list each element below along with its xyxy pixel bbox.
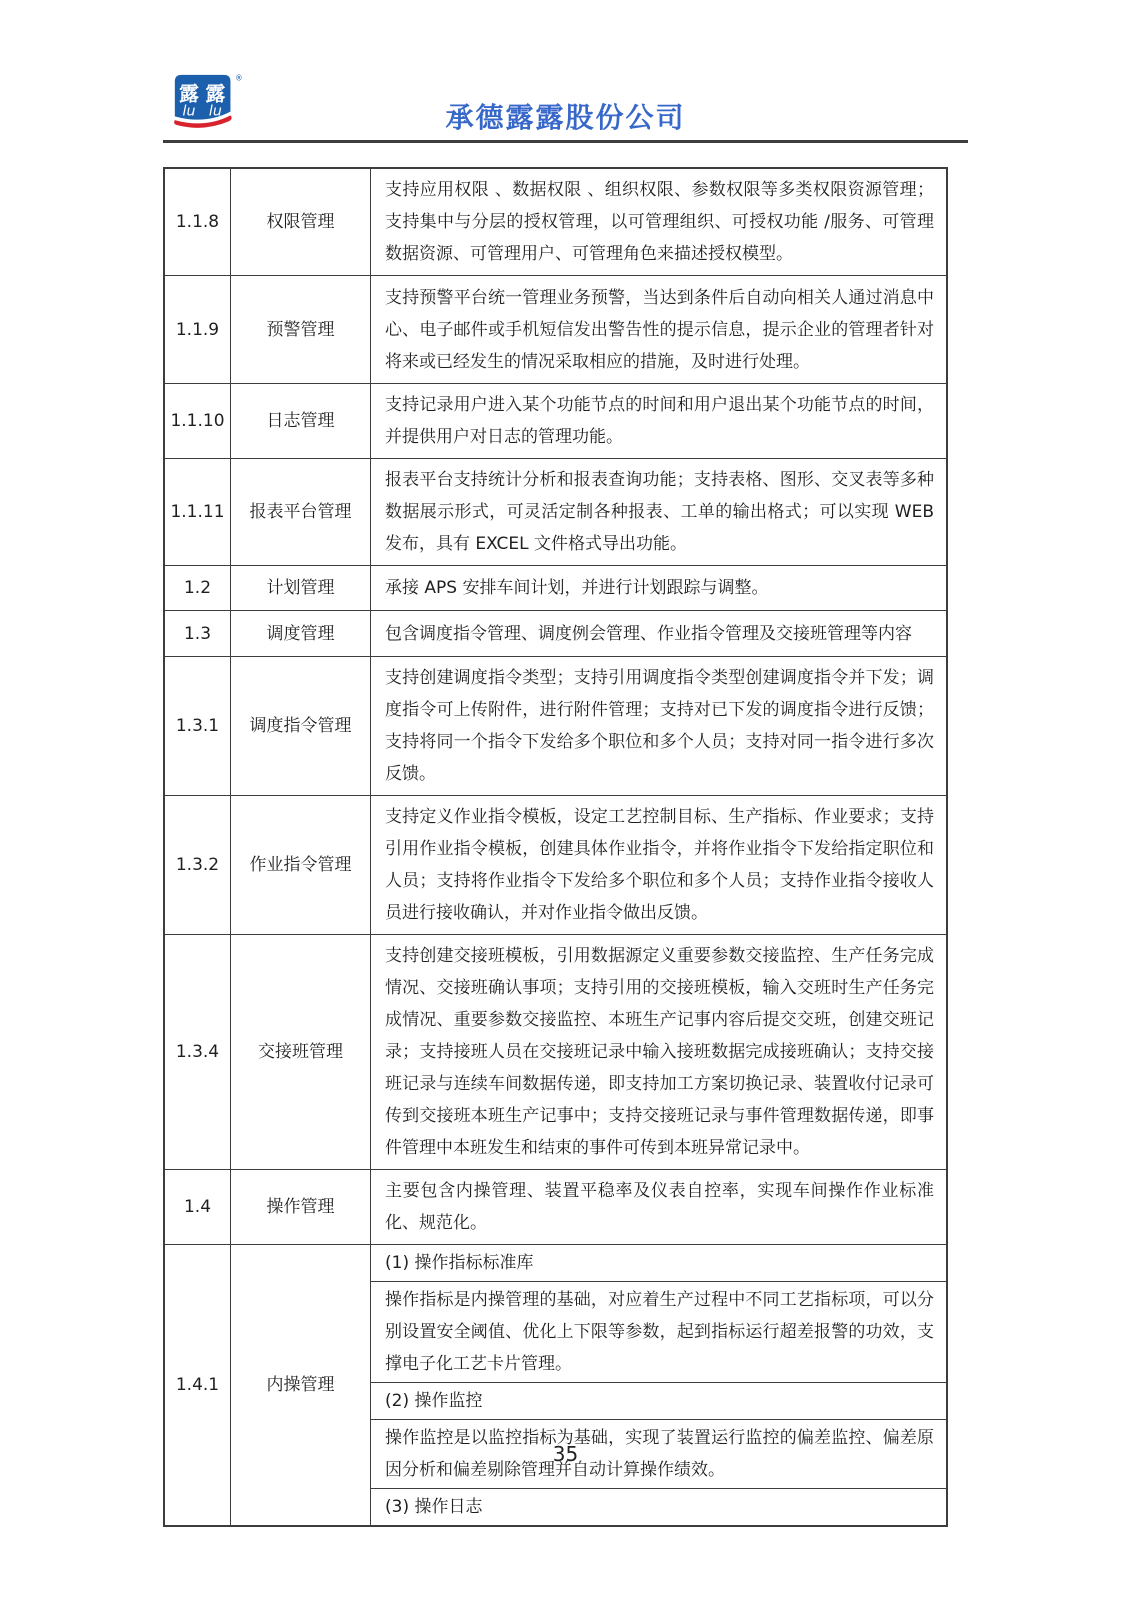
row-id-cell: 1.3 — [165, 611, 230, 656]
description-subrow: 操作指标是内操管理的基础，对应着生产过程中不同工艺指标项，可以分别设置安全阈值、… — [371, 1281, 946, 1382]
row-name-cell: 权限管理 — [230, 169, 370, 275]
row-description-cell: 支持预警平台统一管理业务预警，当达到条件后自动向相关人通过消息中心、电子邮件或手… — [370, 276, 946, 383]
row-description-cell: 支持记录用户进入某个功能节点的时间和用户退出某个功能节点的时间，并提供用户对日志… — [370, 384, 946, 458]
row-id-cell: 1.2 — [165, 566, 230, 610]
row-id-cell: 1.1.10 — [165, 384, 230, 458]
row-name-cell: 内操管理 — [230, 1245, 370, 1525]
table-row: 1.2计划管理承接 APS 安排车间计划，并进行计划跟踪与调整。 — [165, 565, 946, 610]
row-id-cell: 1.3.1 — [165, 657, 230, 795]
row-name-cell: 调度管理 — [230, 611, 370, 656]
table-row: 1.4.1内操管理(1) 操作指标标准库操作指标是内操管理的基础，对应着生产过程… — [165, 1244, 946, 1525]
svg-text:®: ® — [235, 73, 243, 82]
row-id-cell: 1.1.9 — [165, 276, 230, 383]
table-row: 1.3.1调度指令管理支持创建调度指令类型；支持引用调度指令类型创建调度指令并下… — [165, 656, 946, 795]
table-row: 1.1.10日志管理支持记录用户进入某个功能节点的时间和用户退出某个功能节点的时… — [165, 383, 946, 458]
row-description-cell: 支持创建交接班模板，引用数据源定义重要参数交接监控、生产任务完成情况、交接班确认… — [370, 935, 946, 1169]
description-subrow: (3) 操作日志 — [371, 1488, 946, 1525]
table-row: 1.1.11报表平台管理报表平台支持统计分析和报表查询功能；支持表格、图形、交叉… — [165, 458, 946, 565]
row-description-cell: 报表平台支持统计分析和报表查询功能；支持表格、图形、交叉表等多种数据展示形式，可… — [370, 459, 946, 565]
row-id-cell: 1.1.11 — [165, 459, 230, 565]
company-name-title: 承德露露股份公司 — [163, 96, 968, 136]
table-row: 1.3.4交接班管理支持创建交接班模板，引用数据源定义重要参数交接监控、生产任务… — [165, 934, 946, 1169]
header-divider-rule — [163, 140, 968, 143]
row-description-cell: 包含调度指令管理、调度例会管理、作业指令管理及交接班管理等内容 — [370, 611, 946, 656]
row-name-cell: 作业指令管理 — [230, 796, 370, 934]
row-description-cell: 承接 APS 安排车间计划，并进行计划跟踪与调整。 — [370, 566, 946, 610]
row-description-cell: 主要包含内操管理、装置平稳率及仪表自控率，实现车间操作作业标准化、规范化。 — [370, 1170, 946, 1244]
document-page: 露 露 lu lu ® 承德露露股份公司 1.1.8权限管理支持应用权限 、数据… — [0, 0, 1131, 1600]
requirements-table: 1.1.8权限管理支持应用权限 、数据权限 、组织权限、参数权限等多类权限资源管… — [163, 167, 948, 1527]
table-row: 1.3.2作业指令管理支持定义作业指令模板，设定工艺控制目标、生产指标、作业要求… — [165, 795, 946, 934]
row-name-cell: 操作管理 — [230, 1170, 370, 1244]
row-id-cell: 1.3.2 — [165, 796, 230, 934]
row-id-cell: 1.4 — [165, 1170, 230, 1244]
row-name-cell: 日志管理 — [230, 384, 370, 458]
row-description-cell: 支持定义作业指令模板，设定工艺控制目标、生产指标、作业要求；支持引用作业指令模板… — [370, 796, 946, 934]
row-id-cell: 1.3.4 — [165, 935, 230, 1169]
row-description-stack: (1) 操作指标标准库操作指标是内操管理的基础，对应着生产过程中不同工艺指标项，… — [370, 1245, 946, 1525]
row-name-cell: 报表平台管理 — [230, 459, 370, 565]
row-description-cell: 支持应用权限 、数据权限 、组织权限、参数权限等多类权限资源管理；支持集中与分层… — [370, 169, 946, 275]
table-row: 1.1.8权限管理支持应用权限 、数据权限 、组织权限、参数权限等多类权限资源管… — [165, 169, 946, 275]
row-description-cell: 支持创建调度指令类型；支持引用调度指令类型创建调度指令并下发；调度指令可上传附件… — [370, 657, 946, 795]
row-name-cell: 交接班管理 — [230, 935, 370, 1169]
row-name-cell: 计划管理 — [230, 566, 370, 610]
page-number: 35 — [0, 1442, 1131, 1466]
description-subrow: (2) 操作监控 — [371, 1382, 946, 1419]
table-row: 1.4操作管理主要包含内操管理、装置平稳率及仪表自控率，实现车间操作作业标准化、… — [165, 1169, 946, 1244]
table-row: 1.1.9预警管理支持预警平台统一管理业务预警，当达到条件后自动向相关人通过消息… — [165, 275, 946, 383]
row-name-cell: 调度指令管理 — [230, 657, 370, 795]
table-row: 1.3调度管理包含调度指令管理、调度例会管理、作业指令管理及交接班管理等内容 — [165, 610, 946, 656]
description-subrow: (1) 操作指标标准库 — [371, 1245, 946, 1281]
row-name-cell: 预警管理 — [230, 276, 370, 383]
row-id-cell: 1.4.1 — [165, 1245, 230, 1525]
page-header: 露 露 lu lu ® 承德露露股份公司 — [163, 70, 968, 142]
row-id-cell: 1.1.8 — [165, 169, 230, 275]
